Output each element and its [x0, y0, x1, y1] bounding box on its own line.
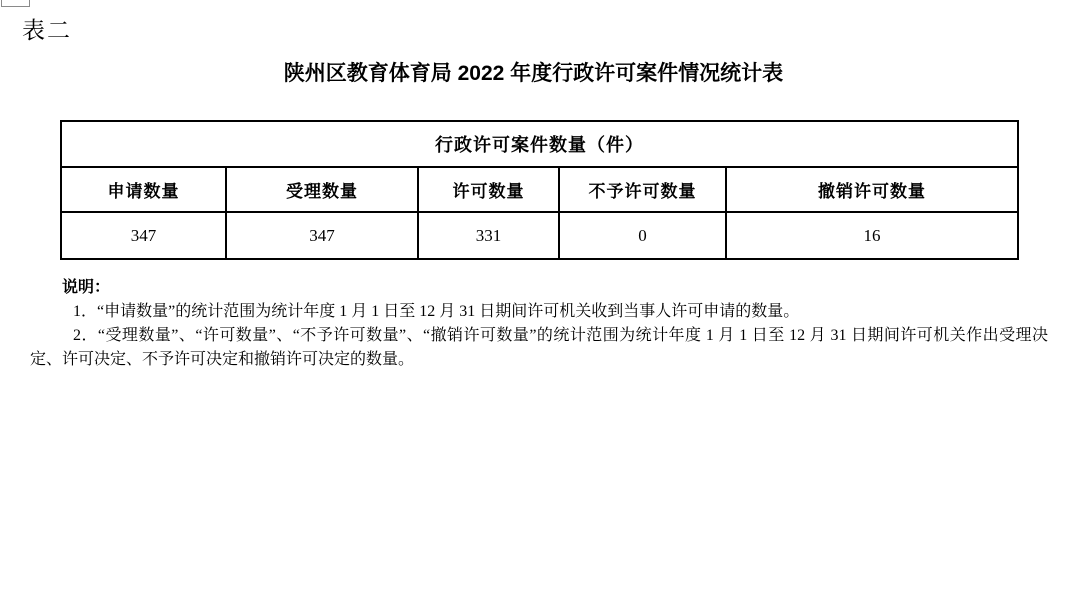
notes-section: 说明： 1．“申请数量”的统计范围为统计年度 1 月 1 日至 12 月 31 …	[30, 276, 1048, 372]
notes-heading: 说明：	[30, 276, 1048, 300]
table-row-merged-header: 行政许可案件数量（件）	[61, 121, 1018, 167]
value-applications: 347	[61, 212, 226, 259]
column-header-licensed: 许可数量	[418, 167, 559, 212]
page-title: 陕州区教育体育局 2022 年度行政许可案件情况统计表	[0, 57, 1067, 87]
table-number-label: 表二	[22, 12, 72, 45]
value-accepted: 347	[226, 212, 418, 259]
note-item-2: 2．“受理数量”、“许可数量”、“不予许可数量”、“撤销许可数量”的统计范围为统…	[30, 324, 1048, 372]
value-licensed: 331	[418, 212, 559, 259]
note-item-1: 1．“申请数量”的统计范围为统计年度 1 月 1 日至 12 月 31 日期间许…	[30, 300, 1048, 324]
column-header-accepted: 受理数量	[226, 167, 418, 212]
statistics-table: 行政许可案件数量（件） 申请数量 受理数量 许可数量 不予许可数量 撤销许可数量…	[60, 120, 1019, 260]
value-denied: 0	[559, 212, 726, 259]
column-header-applications: 申请数量	[61, 167, 226, 212]
table-row-values: 347 347 331 0 16	[61, 212, 1018, 259]
page-corner-border-fragment	[1, 0, 30, 7]
column-header-denied: 不予许可数量	[559, 167, 726, 212]
column-header-revoked: 撤销许可数量	[726, 167, 1018, 212]
merged-header-cell: 行政许可案件数量（件）	[61, 121, 1018, 167]
document-page: 表二 陕州区教育体育局 2022 年度行政许可案件情况统计表 行政许可案件数量（…	[0, 0, 1067, 592]
table-row-column-headers: 申请数量 受理数量 许可数量 不予许可数量 撤销许可数量	[61, 167, 1018, 212]
value-revoked: 16	[726, 212, 1018, 259]
